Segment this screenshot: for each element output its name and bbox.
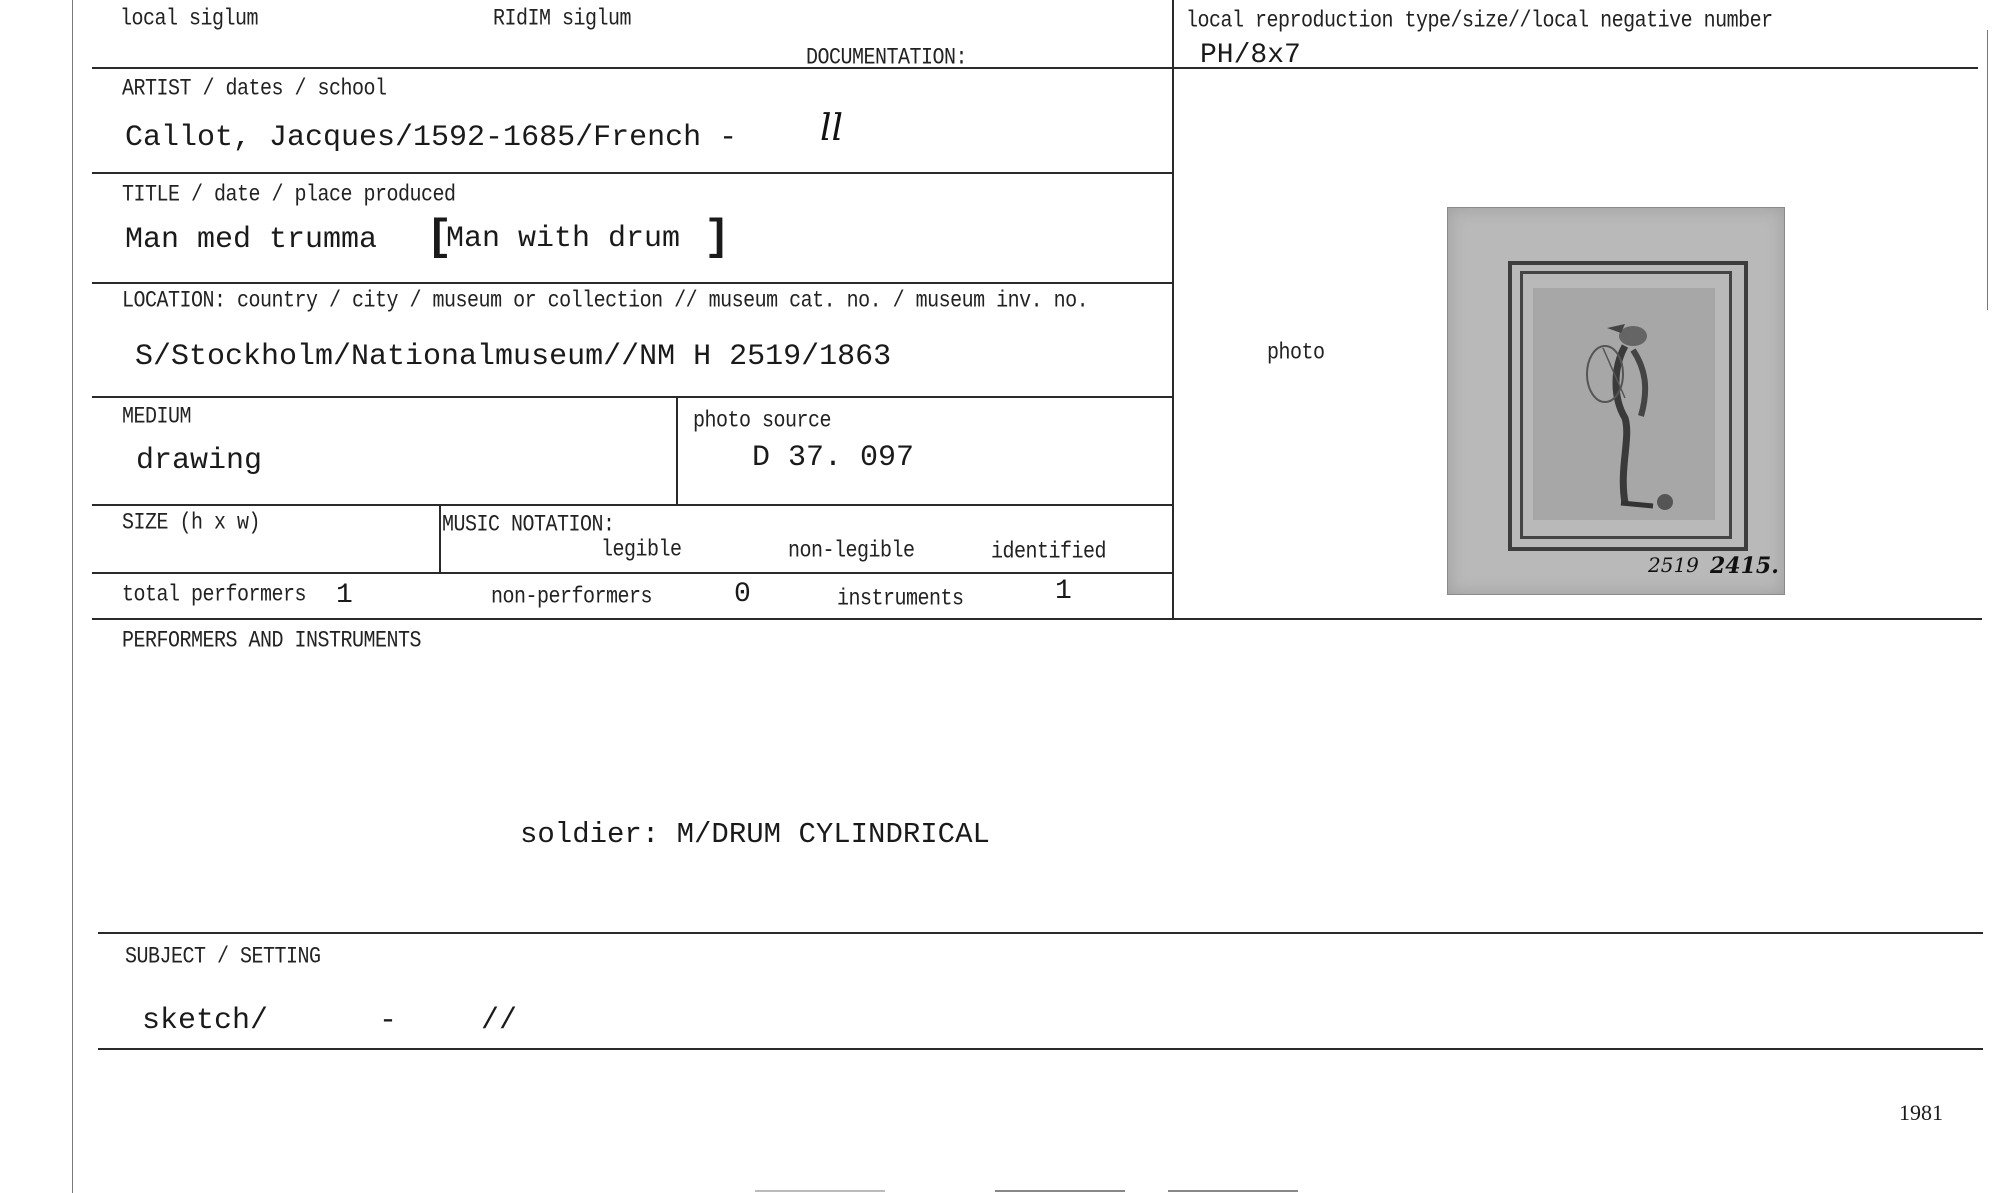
total-performers-value: 1 <box>336 580 353 611</box>
scan-artifact <box>755 1190 885 1192</box>
performers-rule <box>98 932 1983 934</box>
photo-source-label: photo source <box>693 408 831 434</box>
instruments-label: instruments <box>837 586 964 612</box>
card-year: 1981 <box>1899 1100 1943 1126</box>
counts-rule <box>92 618 1982 620</box>
title-translation: Man with drum <box>446 222 680 256</box>
size-divider <box>439 504 441 572</box>
non-performers-label: non-performers <box>491 584 652 610</box>
scan-artifact <box>995 1190 1125 1192</box>
column-divider <box>1172 0 1174 620</box>
card-left-edge <box>72 0 73 1193</box>
music-notation-label: MUSIC NOTATION: <box>442 512 615 538</box>
instruments-value: 1 <box>1055 576 1072 607</box>
subject-rule <box>98 1048 1983 1050</box>
non-performers-value: 0 <box>734 579 751 610</box>
artist-handwritten-mark: ll <box>820 108 843 149</box>
soldier-drum-sketch <box>1533 288 1715 520</box>
title-rule <box>92 282 1172 284</box>
size-rule <box>92 572 1172 574</box>
photo-label: photo <box>1267 340 1325 366</box>
artist-label: ARTIST / dates / school <box>122 76 387 102</box>
title-label: TITLE / date / place produced <box>122 182 456 208</box>
total-performers-label: total performers <box>122 582 306 608</box>
photo-handwritten-number-1: 2519 <box>1648 553 1699 577</box>
photo-source-value: D 37. 097 <box>752 441 914 475</box>
photo-mount-frame <box>1508 261 1748 551</box>
music-notation-legible: legible <box>601 537 682 563</box>
location-value: S/Stockholm/Nationalmuseum//NM H 2519/18… <box>135 340 891 374</box>
subject-value-part-3: // <box>481 1004 517 1038</box>
medium-divider <box>676 396 678 504</box>
performers-instruments-value: soldier: M/DRUM CYLINDRICAL <box>520 818 990 851</box>
music-notation-identified: identified <box>991 539 1106 565</box>
scan-artifact <box>1168 1190 1298 1192</box>
card-right-edge <box>1987 30 1988 310</box>
artist-rule <box>92 172 1172 174</box>
artwork-photo: 2519 2415. <box>1447 207 1785 595</box>
medium-label: MEDIUM <box>122 404 191 430</box>
medium-value: drawing <box>136 444 262 478</box>
title-original: Man med trumma <box>125 223 377 257</box>
subject-label: SUBJECT / SETTING <box>125 944 321 970</box>
bracket-close: ] <box>704 213 730 263</box>
location-rule <box>92 396 1172 398</box>
drawing-image <box>1533 288 1715 520</box>
local-siglum-label: local siglum <box>120 6 258 32</box>
subject-value-part-1: sketch/ <box>142 1004 268 1038</box>
ridim-catalogue-card: local siglum RIdIM siglum DOCUMENTATION:… <box>0 0 2000 1193</box>
photo-inner-frame <box>1520 271 1732 539</box>
music-notation-non-legible: non-legible <box>788 538 915 564</box>
subject-value-part-2: - <box>379 1004 397 1038</box>
photo-handwritten-number-2: 2415. <box>1710 553 1779 579</box>
artist-value: Callot, Jacques/1592-1685/French - <box>125 121 737 155</box>
performers-instruments-label: PERFORMERS AND INSTRUMENTS <box>122 628 421 654</box>
ridim-siglum-label: RIdIM siglum <box>493 6 631 32</box>
size-label: SIZE (h x w) <box>122 510 260 536</box>
header-rule <box>92 67 1172 69</box>
reproduction-label: local reproduction type/size//local nega… <box>1186 8 1773 34</box>
medium-rule <box>92 504 1172 506</box>
reproduction-rule <box>1172 67 1978 69</box>
location-label: LOCATION: country / city / museum or col… <box>122 288 1088 314</box>
